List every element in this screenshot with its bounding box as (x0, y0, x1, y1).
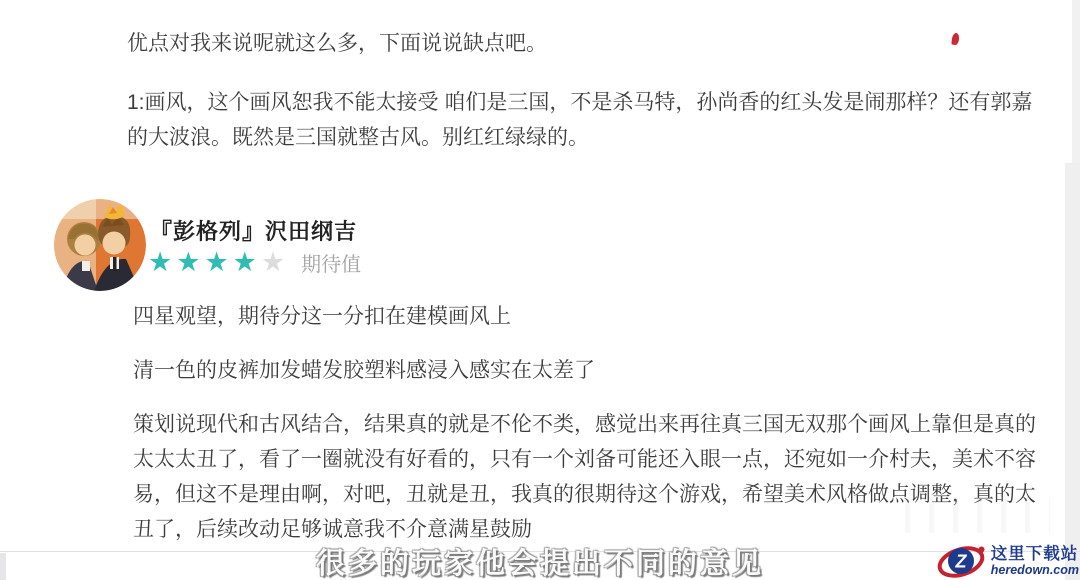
cons-paragraph: 1:画风，这个画风恕我不能太接受 咱们是三国，不是杀马特，孙尚香的红头发是闹那样… (127, 85, 1052, 155)
site-url: heredown.com (991, 564, 1079, 577)
site-watermark[interactable]: Z 这里下载站 heredown.com (937, 542, 1079, 580)
scrollbar[interactable] (1065, 163, 1080, 580)
star-filled-icon: ★ (148, 247, 176, 277)
faded-watermark (905, 497, 1050, 533)
review-paragraph: 四星观望，期待分这一分扣在建模画风上 (133, 299, 1051, 334)
site-name: 这里下载站 (991, 546, 1079, 563)
star-empty-icon: ★ (261, 247, 289, 277)
avatar-image (54, 199, 146, 291)
reviewer-username[interactable]: 『彭格列』沢田纲吉 (150, 215, 357, 246)
star-rating: ★★★★★ (148, 247, 289, 277)
review-paragraph: 清一色的皮裤加发蜡发胶塑料感浸入感实在太差了 (133, 353, 1051, 388)
site-text: 这里下载站 heredown.com (991, 546, 1079, 577)
rating-label: 期待值 (301, 248, 361, 277)
site-logo-icon: Z (937, 542, 989, 580)
site-logo-letter: Z (954, 552, 967, 572)
star-filled-icon: ★ (176, 247, 204, 277)
rating-row: ★★★★★ 期待值 (148, 247, 361, 277)
video-subtitle: 很多的玩家他会提出不同的意见 (0, 541, 1080, 580)
star-filled-icon: ★ (204, 247, 232, 277)
intro-line: 优点对我来说呢就这么多，下面说说缺点吧。 (127, 26, 1057, 61)
review-page: 优点对我来说呢就这么多，下面说说缺点吧。 1:画风，这个画风恕我不能太接受 咱们… (0, 0, 1080, 580)
avatar[interactable] (54, 199, 146, 291)
star-filled-icon: ★ (233, 247, 261, 277)
scrollbar-track (1072, 0, 1080, 163)
